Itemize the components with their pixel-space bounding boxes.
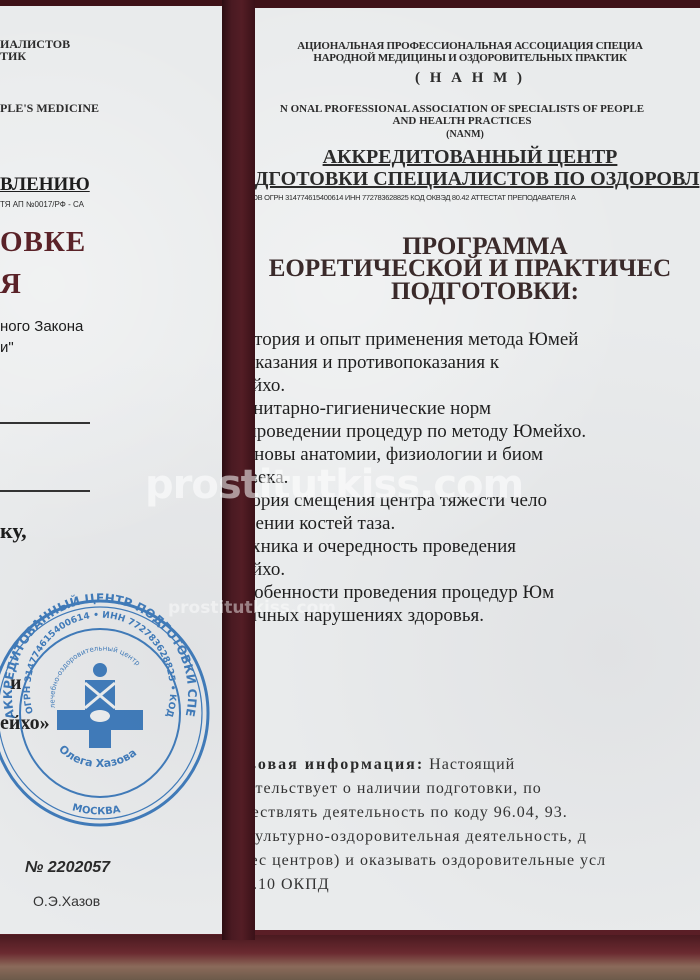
program-item: Юмейхо. xyxy=(250,558,700,581)
program-item-text: Показания и противопоказания к xyxy=(250,352,499,373)
requisites-line: ЗОВ ОГРН 314774615400614 ИНН 77278362882… xyxy=(250,193,576,202)
legal-line: (физкультурно-оздоровительная деятельнос… xyxy=(250,825,700,849)
round-stamp: АККРЕДИТОВАННЫЙ ЦЕНТР ПОДГОТОВКИ СПЕЦИАЛ… xyxy=(0,588,215,828)
legal-text: Настоящий xyxy=(429,756,515,773)
legal-line: свидетельствует о наличии подготовки, по xyxy=(250,777,700,801)
left-header-ru: ИАЛИСТОВ ТИК xyxy=(0,38,70,62)
legal-line: 96.04.10 ОКПД xyxy=(250,873,700,897)
left-accreditation-title: ВЛЕНИЮ xyxy=(0,174,90,196)
org-name-en-2: AND HEALTH PRACTICES xyxy=(250,115,700,127)
org-name-ru-1: АЦИОНАЛЬНАЯ ПРОФЕССИОНАЛЬНАЯ АССОЦИАЦИЯ … xyxy=(250,40,700,52)
program-item: смещении костей таза. xyxy=(250,512,700,535)
legal-info: Правовая информация: Настоящий свидетель… xyxy=(250,753,700,897)
program-item: 3Санитарно-гигиенические норм xyxy=(250,397,700,420)
left-law-line-2: и" xyxy=(0,339,14,356)
watermark-large: prostitutkiss.com xyxy=(145,462,523,508)
legal-label: Правовая информация: xyxy=(250,756,424,773)
certificate-number: № 2202057 xyxy=(25,859,110,877)
left-big-title-1: ОВКЕ xyxy=(0,226,86,259)
left-header-ru-line: ТИК xyxy=(0,50,70,62)
org-name-ru-2: НАРОДНОЙ МЕДИЦИНЫ И ОЗДОРОВИТЕЛЬНЫХ ПРАК… xyxy=(250,52,700,64)
left-text-ku: ку, xyxy=(0,518,27,544)
org-abbr-ru: ( Н А Н М ) xyxy=(250,70,700,87)
left-law-line-1: ного Закона xyxy=(0,318,83,335)
program-item-text: Техника и очередность проведения xyxy=(250,536,516,557)
legal-line: Правовая информация: Настоящий xyxy=(250,753,700,777)
left-big-title-2: Я xyxy=(0,268,21,301)
accredited-center-2: ПОДГОТОВКИ СПЕЦИАЛИСТОВ ПО ОЗДОРОВЛ xyxy=(250,168,700,191)
program-item: 2Показания и противопоказания к xyxy=(250,351,700,374)
program-item-text: История и опыт применения метода Юмей xyxy=(250,329,578,350)
accredited-center-1: АККРЕДИТОВАННЫЙ ЦЕНТР xyxy=(250,146,700,169)
cross-figure-icon xyxy=(57,663,143,748)
cover-bottom-edge xyxy=(0,935,700,980)
program-item: 1История и опыт применения метода Юмей xyxy=(250,328,700,351)
stamp-city: МОСКВА xyxy=(71,802,121,817)
left-accreditation-sub: ТЯ АП №0017/РФ - СА xyxy=(0,200,84,209)
program-title-3: ПОДГОТОВКИ: xyxy=(250,278,700,306)
signatory-name: О.Э.Хазов xyxy=(33,893,100,909)
org-name-en-1: N ONAL PROFESSIONAL ASSOCIATION OF SPECI… xyxy=(250,103,700,115)
org-abbr-en: (NANM) xyxy=(250,129,700,140)
blank-line xyxy=(0,422,90,424)
program-item: 6Техника и очередность проведения xyxy=(250,535,700,558)
program-item-text: Санитарно-гигиенические норм xyxy=(250,398,491,419)
program-item: при проведении процедур по методу Юмейхо… xyxy=(250,420,700,443)
legal-line: осуществлять деятельность по коду 96.04,… xyxy=(250,801,700,825)
blank-line xyxy=(0,490,90,492)
left-header-en: PLE'S MEDICINE xyxy=(0,101,99,116)
program-item: Юмейхо. xyxy=(250,374,700,397)
legal-line: фитнес центров) и оказывать оздоровитель… xyxy=(250,849,700,873)
watermark-small: prostitutkiss.com xyxy=(168,598,336,618)
